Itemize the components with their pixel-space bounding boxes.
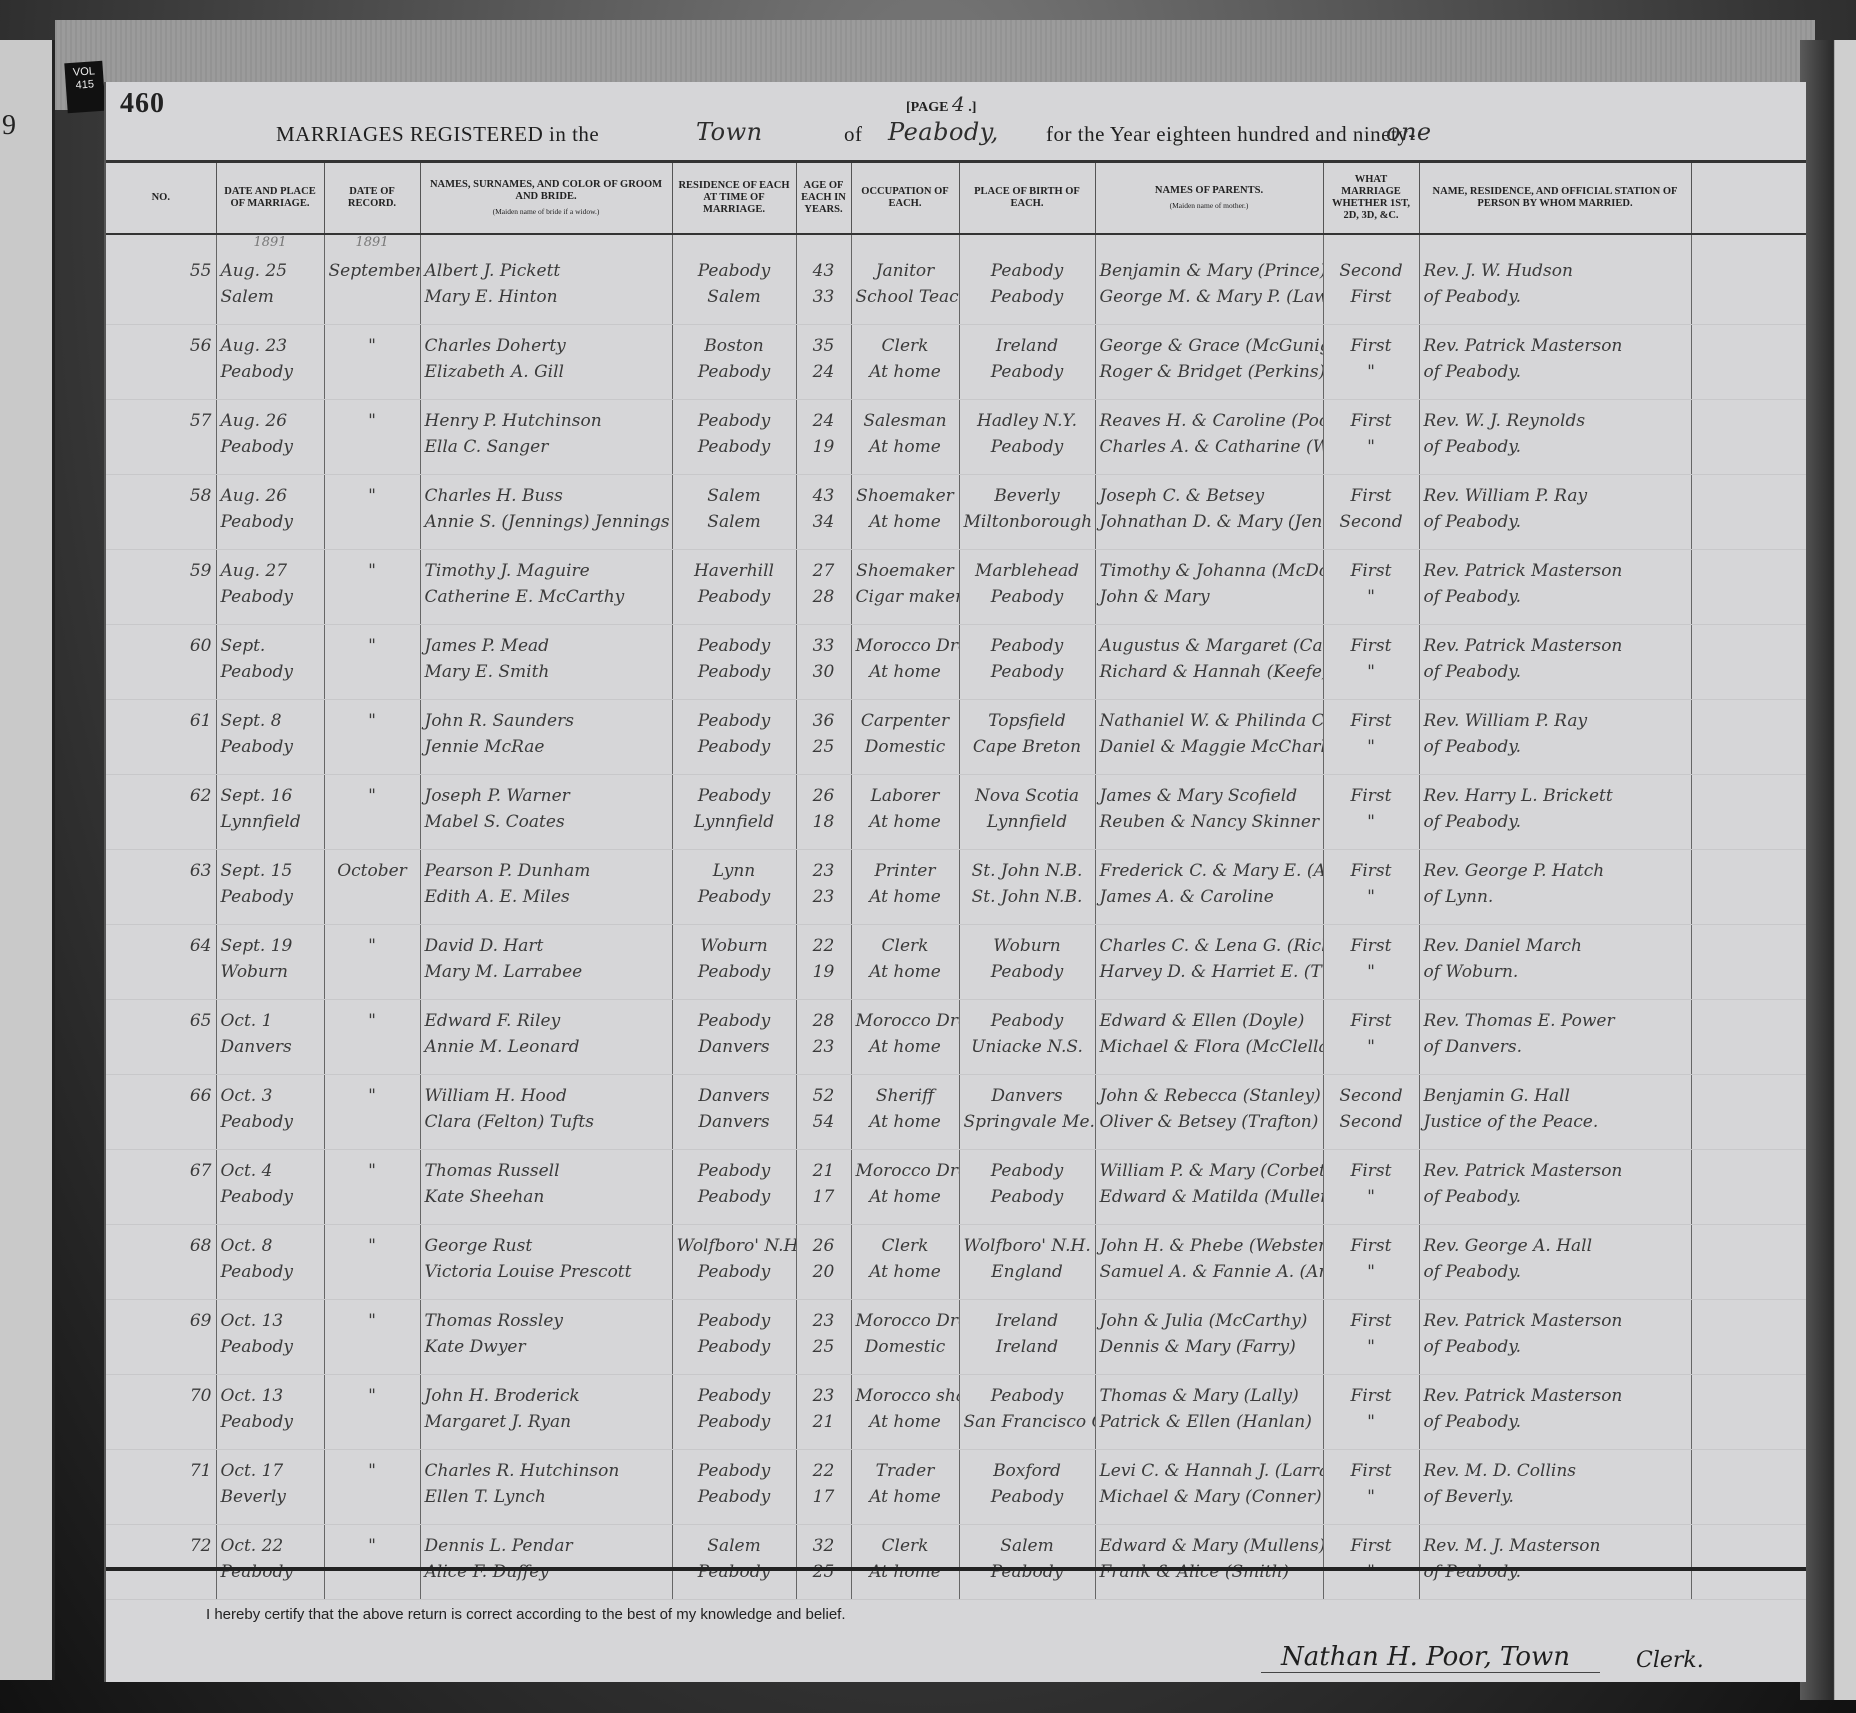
groom-bride-names-groom: Timothy J. Maguire: [425, 550, 668, 584]
officiant-cell: Rev. Thomas E. Powerof Danvers.: [1419, 1000, 1691, 1075]
date-place-date: Sept. 16: [221, 775, 320, 809]
parents-par-b: Johnathan D. & Mary (Jennings): [1100, 509, 1319, 535]
birthplaces-birth-b: Peabody: [964, 359, 1091, 385]
record-number-no: 63: [110, 850, 212, 884]
occupations-occ-b: Domestic: [856, 1334, 955, 1360]
marriage-number-cell: First": [1323, 625, 1419, 700]
page-label-prefix: [PAGE: [906, 100, 949, 115]
date-of-record-cell: ": [324, 1525, 420, 1600]
date-place-cell: Sept. 16Lynnfield: [216, 775, 324, 850]
date-of-record-cell: ": [324, 1000, 420, 1075]
occupations-occ-g: Clerk: [856, 1225, 955, 1259]
marriage-number-mar-g: First: [1328, 550, 1415, 584]
residence-cell: PeabodyDanvers: [672, 1000, 796, 1075]
marriage-number-mar-g: First: [1328, 1225, 1415, 1259]
record-number-no: 72: [110, 1525, 212, 1559]
birthplaces-birth-g: Nova Scotia: [964, 775, 1091, 809]
groom-bride-names-groom: Charles H. Buss: [425, 475, 668, 509]
date-place-place: Peabody: [221, 1409, 320, 1435]
ages-cell: 5254: [796, 1075, 851, 1150]
marriage-number-cell: SecondSecond: [1323, 1075, 1419, 1150]
residence-res-b: Salem: [677, 284, 792, 310]
occupations-cell: Morocco shaverAt home: [851, 1375, 959, 1450]
date-place-date: Sept. 8: [221, 700, 320, 734]
ages-age-b: 33: [801, 284, 847, 310]
blank-column-cell: [1691, 250, 1806, 325]
birthplaces-birth-b: Ireland: [964, 1334, 1091, 1360]
ages-age-g: 23: [801, 1375, 847, 1409]
officiant-off-2: of Peabody.: [1424, 434, 1687, 460]
ages-age-b: 34: [801, 509, 847, 535]
birthplaces-birth-g: Woburn: [964, 925, 1091, 959]
residence-res-b: Lynnfield: [677, 809, 792, 835]
marriage-number-mar-b: ": [1328, 734, 1415, 760]
residence-res-g: Peabody: [677, 400, 792, 434]
parents-par-g: Edward & Ellen (Doyle): [1100, 1000, 1319, 1034]
marriage-register-table: No. Date and Place of Marriage. Date of …: [106, 160, 1806, 1600]
residence-res-g: Peabody: [677, 775, 792, 809]
ages-cell: 3524: [796, 325, 851, 400]
blank-column-cell: [1691, 325, 1806, 400]
marriage-year: 1891: [216, 234, 324, 250]
col-header-date-place: Date and Place of Marriage.: [216, 162, 324, 235]
officiant-off-1: Rev. Harry L. Brickett: [1424, 775, 1687, 809]
parents-par-b: Edward & Matilda (Mullen): [1100, 1184, 1319, 1210]
date-place-date: Aug. 27: [221, 550, 320, 584]
occupations-occ-g: Morocco Dresser: [856, 1150, 955, 1184]
residence-cell: PeabodyPeabody: [672, 1375, 796, 1450]
ages-age-b: 23: [801, 884, 847, 910]
groom-bride-names-cell: Joseph P. WarnerMabel S. Coates: [420, 775, 672, 850]
ages-age-b: 17: [801, 1184, 847, 1210]
officiant-off-2: of Peabody.: [1424, 1334, 1687, 1360]
marriage-number-mar-g: First: [1328, 1300, 1415, 1334]
col-header-age: Age of each in years.: [796, 162, 851, 235]
blank-column-cell: [1691, 475, 1806, 550]
groom-bride-names-groom: Joseph P. Warner: [425, 775, 668, 809]
date-place-cell: Aug. 26Peabody: [216, 475, 324, 550]
parents-par-g: Reaves H. & Caroline (Poor): [1100, 400, 1319, 434]
officiant-off-1: Rev. William P. Ray: [1424, 700, 1687, 734]
residence-res-g: Peabody: [677, 1450, 792, 1484]
groom-bride-names-groom: James P. Mead: [425, 625, 668, 659]
parents-par-b: James A. & Caroline: [1100, 884, 1319, 910]
date-of-record-cell: ": [324, 475, 420, 550]
register-title: MARRIAGES REGISTERED in the Town of Peab…: [276, 122, 1656, 162]
occupations-cell: LaborerAt home: [851, 775, 959, 850]
date-place-cell: Sept. 15Peabody: [216, 850, 324, 925]
record-number-no: 67: [110, 1150, 212, 1184]
residence-cell: PeabodyPeabody: [672, 1450, 796, 1525]
marriage-number-mar-b: Second: [1328, 509, 1415, 535]
groom-bride-names-groom: John R. Saunders: [425, 700, 668, 734]
parents-cell: Edward & Mary (Mullens)Frank & Alice (Sm…: [1095, 1525, 1323, 1600]
date-place-place: Peabody: [221, 1259, 320, 1285]
blank-column-cell: [1691, 1525, 1806, 1600]
record-number-no: 56: [110, 325, 212, 359]
occupations-occ-b: At home: [856, 1259, 955, 1285]
parents-par-g: Timothy & Johanna (McDonald): [1100, 550, 1319, 584]
birthplaces-birth-g: Boxford: [964, 1450, 1091, 1484]
marriage-number-cell: First": [1323, 550, 1419, 625]
officiant-cell: Rev. W. J. Reynoldsof Peabody.: [1419, 400, 1691, 475]
col-header-names: Names, Surnames, and Color of Groom and …: [420, 162, 672, 235]
officiant-off-1: Rev. Patrick Masterson: [1424, 1150, 1687, 1184]
date-place-place: Peabody: [221, 1559, 320, 1585]
officiant-cell: Rev. Patrick Mastersonof Peabody.: [1419, 1375, 1691, 1450]
date-of-record-cell: ": [324, 1150, 420, 1225]
residence-cell: PeabodyPeabody: [672, 1300, 796, 1375]
officiant-off-1: Rev. Daniel March: [1424, 925, 1687, 959]
officiant-cell: Rev. M. J. Mastersonof Peabody.: [1419, 1525, 1691, 1600]
birthplaces-birth-g: Peabody: [964, 1150, 1091, 1184]
title-part-2: of: [844, 122, 863, 147]
date-of-record-record: ": [329, 775, 416, 809]
ages-age-b: 25: [801, 1559, 847, 1585]
birthplaces-cell: DanversSpringvale Me.: [959, 1075, 1095, 1150]
occupations-occ-g: Clerk: [856, 925, 955, 959]
date-place-date: Oct. 22: [221, 1525, 320, 1559]
marriage-number-cell: First": [1323, 1225, 1419, 1300]
officiant-off-2: of Peabody.: [1424, 1559, 1687, 1585]
date-place-cell: Aug. 27Peabody: [216, 550, 324, 625]
officiant-off-2: of Peabody.: [1424, 659, 1687, 685]
birthplaces-birth-b: Cape Breton: [964, 734, 1091, 760]
officiant-cell: Rev. Daniel Marchof Woburn.: [1419, 925, 1691, 1000]
birthplaces-birth-g: Ireland: [964, 325, 1091, 359]
parents-par-g: John & Julia (McCarthy): [1100, 1300, 1319, 1334]
officiant-off-1: Rev. Patrick Masterson: [1424, 325, 1687, 359]
blank-column-cell: [1691, 400, 1806, 475]
date-place-place: Peabody: [221, 884, 320, 910]
residence-cell: PeabodyLynnfield: [672, 775, 796, 850]
residence-cell: PeabodyPeabody: [672, 625, 796, 700]
occupations-occ-g: Morocco shaver: [856, 1375, 955, 1409]
date-place-cell: Sept. 8Peabody: [216, 700, 324, 775]
blank-column-cell: [1691, 775, 1806, 850]
groom-bride-names-groom: Thomas Rossley: [425, 1300, 668, 1334]
ages-age-b: 21: [801, 1409, 847, 1435]
occupations-occ-b: At home: [856, 1559, 955, 1585]
occupations-occ-g: Shoemaker: [856, 475, 955, 509]
table-row: 68Oct. 8Peabody"George RustVictoria Loui…: [106, 1225, 1806, 1300]
date-place-place: Beverly: [221, 1484, 320, 1510]
parents-par-g: James & Mary Scofield: [1100, 775, 1319, 809]
birthplaces-birth-g: Peabody: [964, 1000, 1091, 1034]
occupations-occ-g: Clerk: [856, 325, 955, 359]
officiant-off-1: Rev. George A. Hall: [1424, 1225, 1687, 1259]
ages-age-b: 18: [801, 809, 847, 835]
officiant-off-2: of Peabody.: [1424, 584, 1687, 610]
date-of-record-record: ": [329, 625, 416, 659]
officiant-off-1: Rev. Patrick Masterson: [1424, 625, 1687, 659]
ages-age-g: 24: [801, 400, 847, 434]
occupations-cell: JanitorSchool Teacher: [851, 250, 959, 325]
birthplaces-birth-b: Peabody: [964, 1484, 1091, 1510]
marriage-number-mar-g: Second: [1328, 250, 1415, 284]
ages-age-g: 23: [801, 1300, 847, 1334]
table-row: 60Sept.Peabody"James P. MeadMary E. Smit…: [106, 625, 1806, 700]
occupations-cell: ClerkAt home: [851, 1225, 959, 1300]
date-of-record-cell: ": [324, 700, 420, 775]
ages-age-b: 54: [801, 1109, 847, 1135]
table-row: 72Oct. 22Peabody"Dennis L. PendarAlice F…: [106, 1525, 1806, 1600]
groom-bride-names-groom: Charles R. Hutchinson: [425, 1450, 668, 1484]
birthplaces-birth-g: Peabody: [964, 250, 1091, 284]
birthplaces-cell: BoxfordPeabody: [959, 1450, 1095, 1525]
parents-par-g: Charles C. & Lena G. (Richardson): [1100, 925, 1319, 959]
occupations-cell: Morocco DresserAt home: [851, 1150, 959, 1225]
register-page: 460 [PAGE 4 .] MARRIAGES REGISTERED in t…: [104, 82, 1806, 1682]
officiant-off-1: Rev. M. J. Masterson: [1424, 1525, 1687, 1559]
occupations-occ-g: Laborer: [856, 775, 955, 809]
occupations-occ-g: Clerk: [856, 1525, 955, 1559]
table-row: 58Aug. 26Peabody"Charles H. BussAnnie S.…: [106, 475, 1806, 550]
ages-age-g: 21: [801, 1150, 847, 1184]
parents-par-b: Michael & Flora (McClellan): [1100, 1034, 1319, 1060]
birthplaces-cell: BeverlyMiltonborough N.H.: [959, 475, 1095, 550]
groom-bride-names-bride: Ella C. Sanger: [425, 434, 668, 460]
ages-cell: 3625: [796, 700, 851, 775]
date-of-record-cell: ": [324, 325, 420, 400]
marriage-number-cell: First": [1323, 850, 1419, 925]
adjacent-page-strip: 9: [0, 40, 55, 1680]
officiant-off-2: of Danvers.: [1424, 1034, 1687, 1060]
residence-res-b: Peabody: [677, 1409, 792, 1435]
clerk-signature: Nathan H. Poor, Town: [1261, 1642, 1600, 1673]
record-number-no: 55: [110, 250, 212, 284]
col-header-officiant: Name, Residence, and Official Station of…: [1419, 162, 1691, 235]
date-place-date: Oct. 3: [221, 1075, 320, 1109]
officiant-cell: Rev. Patrick Mastersonof Peabody.: [1419, 625, 1691, 700]
date-of-record-cell: ": [324, 1075, 420, 1150]
ages-age-b: 25: [801, 734, 847, 760]
parents-cell: John & Rebecca (Stanley)Oliver & Betsey …: [1095, 1075, 1323, 1150]
municipality-type: Town: [696, 118, 763, 146]
residence-cell: PeabodyPeabody: [672, 700, 796, 775]
officiant-off-2: of Peabody.: [1424, 1409, 1687, 1435]
table-row: 56Aug. 23Peabody"Charles DohertyElizabet…: [106, 325, 1806, 400]
occupations-cell: PrinterAt home: [851, 850, 959, 925]
groom-bride-names-bride: Alice F. Duffey: [425, 1559, 668, 1585]
marriage-number-cell: First": [1323, 925, 1419, 1000]
marriage-number-cell: First": [1323, 1375, 1419, 1450]
officiant-off-1: Rev. W. J. Reynolds: [1424, 400, 1687, 434]
officiant-off-2: of Peabody.: [1424, 1259, 1687, 1285]
blank-column-cell: [1691, 850, 1806, 925]
table-row: 59Aug. 27Peabody"Timothy J. MaguireCathe…: [106, 550, 1806, 625]
marriage-number-mar-g: First: [1328, 325, 1415, 359]
marriage-number-mar-g: First: [1328, 1450, 1415, 1484]
parents-cell: John & Julia (McCarthy)Dennis & Mary (Fa…: [1095, 1300, 1323, 1375]
parents-par-b: Charles A. & Catharine (Wright): [1100, 434, 1319, 460]
date-place-cell: Oct. 13Peabody: [216, 1375, 324, 1450]
date-of-record-cell: September: [324, 250, 420, 325]
date-of-record-record: ": [329, 550, 416, 584]
occupations-occ-g: Morocco Dresser: [856, 1000, 955, 1034]
record-year: 1891: [324, 234, 420, 250]
year-row: 1891 1891: [106, 234, 1806, 250]
blank-column-cell: [1691, 1450, 1806, 1525]
parents-cell: Timothy & Johanna (McDonald)John & Mary: [1095, 550, 1323, 625]
occupations-cell: ShoemakerAt home: [851, 475, 959, 550]
clerk-title: Clerk.: [1636, 1648, 1704, 1673]
occupations-occ-b: At home: [856, 1034, 955, 1060]
groom-bride-names-cell: Thomas RussellKate Sheehan: [420, 1150, 672, 1225]
blank-column-cell: [1691, 1225, 1806, 1300]
residence-res-b: Peabody: [677, 734, 792, 760]
birthplaces-birth-g: Peabody: [964, 1375, 1091, 1409]
marriage-number-mar-g: First: [1328, 1000, 1415, 1034]
birthplaces-birth-b: Uniacke N.S.: [964, 1034, 1091, 1060]
residence-res-g: Peabody: [677, 700, 792, 734]
date-place-place: Peabody: [221, 509, 320, 535]
date-place-place: Peabody: [221, 584, 320, 610]
occupations-occ-b: At home: [856, 359, 955, 385]
date-place-date: Oct. 8: [221, 1225, 320, 1259]
date-of-record-record: ": [329, 1075, 416, 1109]
date-of-record-cell: ": [324, 400, 420, 475]
occupations-occ-b: At home: [856, 1109, 955, 1135]
occupations-occ-b: At home: [856, 1409, 955, 1435]
marriage-number-mar-g: First: [1328, 400, 1415, 434]
officiant-off-2: of Peabody.: [1424, 359, 1687, 385]
occupations-cell: Morocco DresserDomestic: [851, 1300, 959, 1375]
parents-cell: Nathaniel W. & Philinda C. (Knights)Dani…: [1095, 700, 1323, 775]
table-row: 61Sept. 8Peabody"John R. SaundersJennie …: [106, 700, 1806, 775]
birthplaces-birth-g: Danvers: [964, 1075, 1091, 1109]
officiant-off-2: of Woburn.: [1424, 959, 1687, 985]
volume-tag: VOL 415: [64, 61, 105, 114]
officiant-cell: Rev. Patrick Mastersonof Peabody.: [1419, 325, 1691, 400]
groom-bride-names-groom: George Rust: [425, 1225, 668, 1259]
date-place-date: Aug. 25: [221, 250, 320, 284]
residence-res-b: Peabody: [677, 1259, 792, 1285]
column-header-row: No. Date and Place of Marriage. Date of …: [106, 162, 1806, 235]
ages-age-b: 24: [801, 359, 847, 385]
marriage-number-cell: First": [1323, 1300, 1419, 1375]
ages-cell: 2620: [796, 1225, 851, 1300]
title-part-1: MARRIAGES REGISTERED in the: [276, 122, 599, 147]
date-of-record-record: ": [329, 1450, 416, 1484]
col-header-occupation: Occupation of each.: [851, 162, 959, 235]
birthplaces-birth-g: Ireland: [964, 1300, 1091, 1334]
groom-bride-names-cell: David D. HartMary M. Larrabee: [420, 925, 672, 1000]
date-of-record-record: ": [329, 1300, 416, 1334]
date-place-date: Oct. 1: [221, 1000, 320, 1034]
birthplaces-birth-g: Peabody: [964, 625, 1091, 659]
birthplaces-birth-g: Hadley N.Y.: [964, 400, 1091, 434]
groom-bride-names-bride: Elizabeth A. Gill: [425, 359, 668, 385]
birthplaces-cell: WoburnPeabody: [959, 925, 1095, 1000]
municipality-name: Peabody,: [888, 118, 999, 146]
marriage-number-mar-b: ": [1328, 1259, 1415, 1285]
marriage-number-cell: First": [1323, 400, 1419, 475]
groom-bride-names-groom: Thomas Russell: [425, 1150, 668, 1184]
birthplaces-birth-g: Beverly: [964, 475, 1091, 509]
parents-par-g: Levi C. & Hannah J. (Larrabee): [1100, 1450, 1319, 1484]
ages-cell: 2323: [796, 850, 851, 925]
birthplaces-cell: SalemPeabody: [959, 1525, 1095, 1600]
date-of-record-record: ": [329, 1225, 416, 1259]
col-header-parents: Names of Parents.(Maiden name of mother.…: [1095, 162, 1323, 235]
residence-res-g: Peabody: [677, 1150, 792, 1184]
marriage-number-mar-b: ": [1328, 434, 1415, 460]
residence-cell: PeabodyPeabody: [672, 400, 796, 475]
col-header-residence: Residence of each at time of Marriage.: [672, 162, 796, 235]
parents-cell: William P. & Mary (Corbett)Edward & Mati…: [1095, 1150, 1323, 1225]
groom-bride-names-bride: Ellen T. Lynch: [425, 1484, 668, 1510]
record-number-cell: 63: [106, 850, 216, 925]
birthplaces-birth-b: Peabody: [964, 584, 1091, 610]
birthplaces-cell: PeabodyPeabody: [959, 1150, 1095, 1225]
date-of-record-record: ": [329, 400, 416, 434]
date-of-record-cell: ": [324, 775, 420, 850]
officiant-off-2: of Peabody.: [1424, 1184, 1687, 1210]
birthplaces-cell: TopsfieldCape Breton: [959, 700, 1095, 775]
residence-res-g: Boston: [677, 325, 792, 359]
occupations-cell: Morocco DresserAt home: [851, 625, 959, 700]
parents-par-g: William P. & Mary (Corbett): [1100, 1150, 1319, 1184]
occupations-occ-g: Morocco Dresser: [856, 1300, 955, 1334]
parents-cell: George & Grace (McGunigle)Roger & Bridge…: [1095, 325, 1323, 400]
residence-res-b: Danvers: [677, 1109, 792, 1135]
officiant-off-1: Rev. M. D. Collins: [1424, 1450, 1687, 1484]
ages-age-b: 25: [801, 1334, 847, 1360]
parents-par-b: Richard & Hannah (Keefe): [1100, 659, 1319, 685]
groom-bride-names-cell: Albert J. PickettMary E. Hinton: [420, 250, 672, 325]
residence-res-g: Peabody: [677, 1375, 792, 1409]
ages-age-g: 26: [801, 775, 847, 809]
residence-res-g: Danvers: [677, 1075, 792, 1109]
parents-cell: James & Mary ScofieldReuben & Nancy Skin…: [1095, 775, 1323, 850]
record-number-no: 66: [110, 1075, 212, 1109]
date-of-record-record: October: [329, 850, 416, 884]
date-place-date: Aug. 26: [221, 400, 320, 434]
residence-res-b: Peabody: [677, 959, 792, 985]
residence-res-g: Salem: [677, 475, 792, 509]
date-place-place: Peabody: [221, 659, 320, 685]
parents-cell: John H. & Phebe (Webster)Samuel A. & Fan…: [1095, 1225, 1323, 1300]
blank-column-cell: [1691, 625, 1806, 700]
parents-cell: Charles C. & Lena G. (Richardson)Harvey …: [1095, 925, 1323, 1000]
marriage-number-mar-g: First: [1328, 1375, 1415, 1409]
marriage-number-cell: SecondFirst: [1323, 250, 1419, 325]
marriage-number-cell: First": [1323, 700, 1419, 775]
marriage-number-mar-b: ": [1328, 884, 1415, 910]
residence-res-b: Salem: [677, 509, 792, 535]
parents-cell: Thomas & Mary (Lally)Patrick & Ellen (Ha…: [1095, 1375, 1323, 1450]
officiant-cell: Rev. Patrick Mastersonof Peabody.: [1419, 1150, 1691, 1225]
marriage-number-mar-b: First: [1328, 284, 1415, 310]
residence-res-g: Woburn: [677, 925, 792, 959]
occupations-occ-b: At home: [856, 434, 955, 460]
table-row: 64Sept. 19Woburn"David D. HartMary M. La…: [106, 925, 1806, 1000]
officiant-cell: Rev. William P. Rayof Peabody.: [1419, 700, 1691, 775]
birthplaces-cell: Hadley N.Y.Peabody: [959, 400, 1095, 475]
birthplaces-birth-b: Peabody: [964, 659, 1091, 685]
groom-bride-names-bride: Kate Sheehan: [425, 1184, 668, 1210]
groom-bride-names-groom: William H. Hood: [425, 1075, 668, 1109]
date-place-date: Sept. 15: [221, 850, 320, 884]
table-row: 57Aug. 26Peabody"Henry P. HutchinsonElla…: [106, 400, 1806, 475]
marriage-number-mar-b: ": [1328, 809, 1415, 835]
occupations-occ-b: At home: [856, 1484, 955, 1510]
date-place-date: Sept.: [221, 625, 320, 659]
date-place-date: Oct. 17: [221, 1450, 320, 1484]
groom-bride-names-bride: Jennie McRae: [425, 734, 668, 760]
ages-age-g: 26: [801, 1225, 847, 1259]
